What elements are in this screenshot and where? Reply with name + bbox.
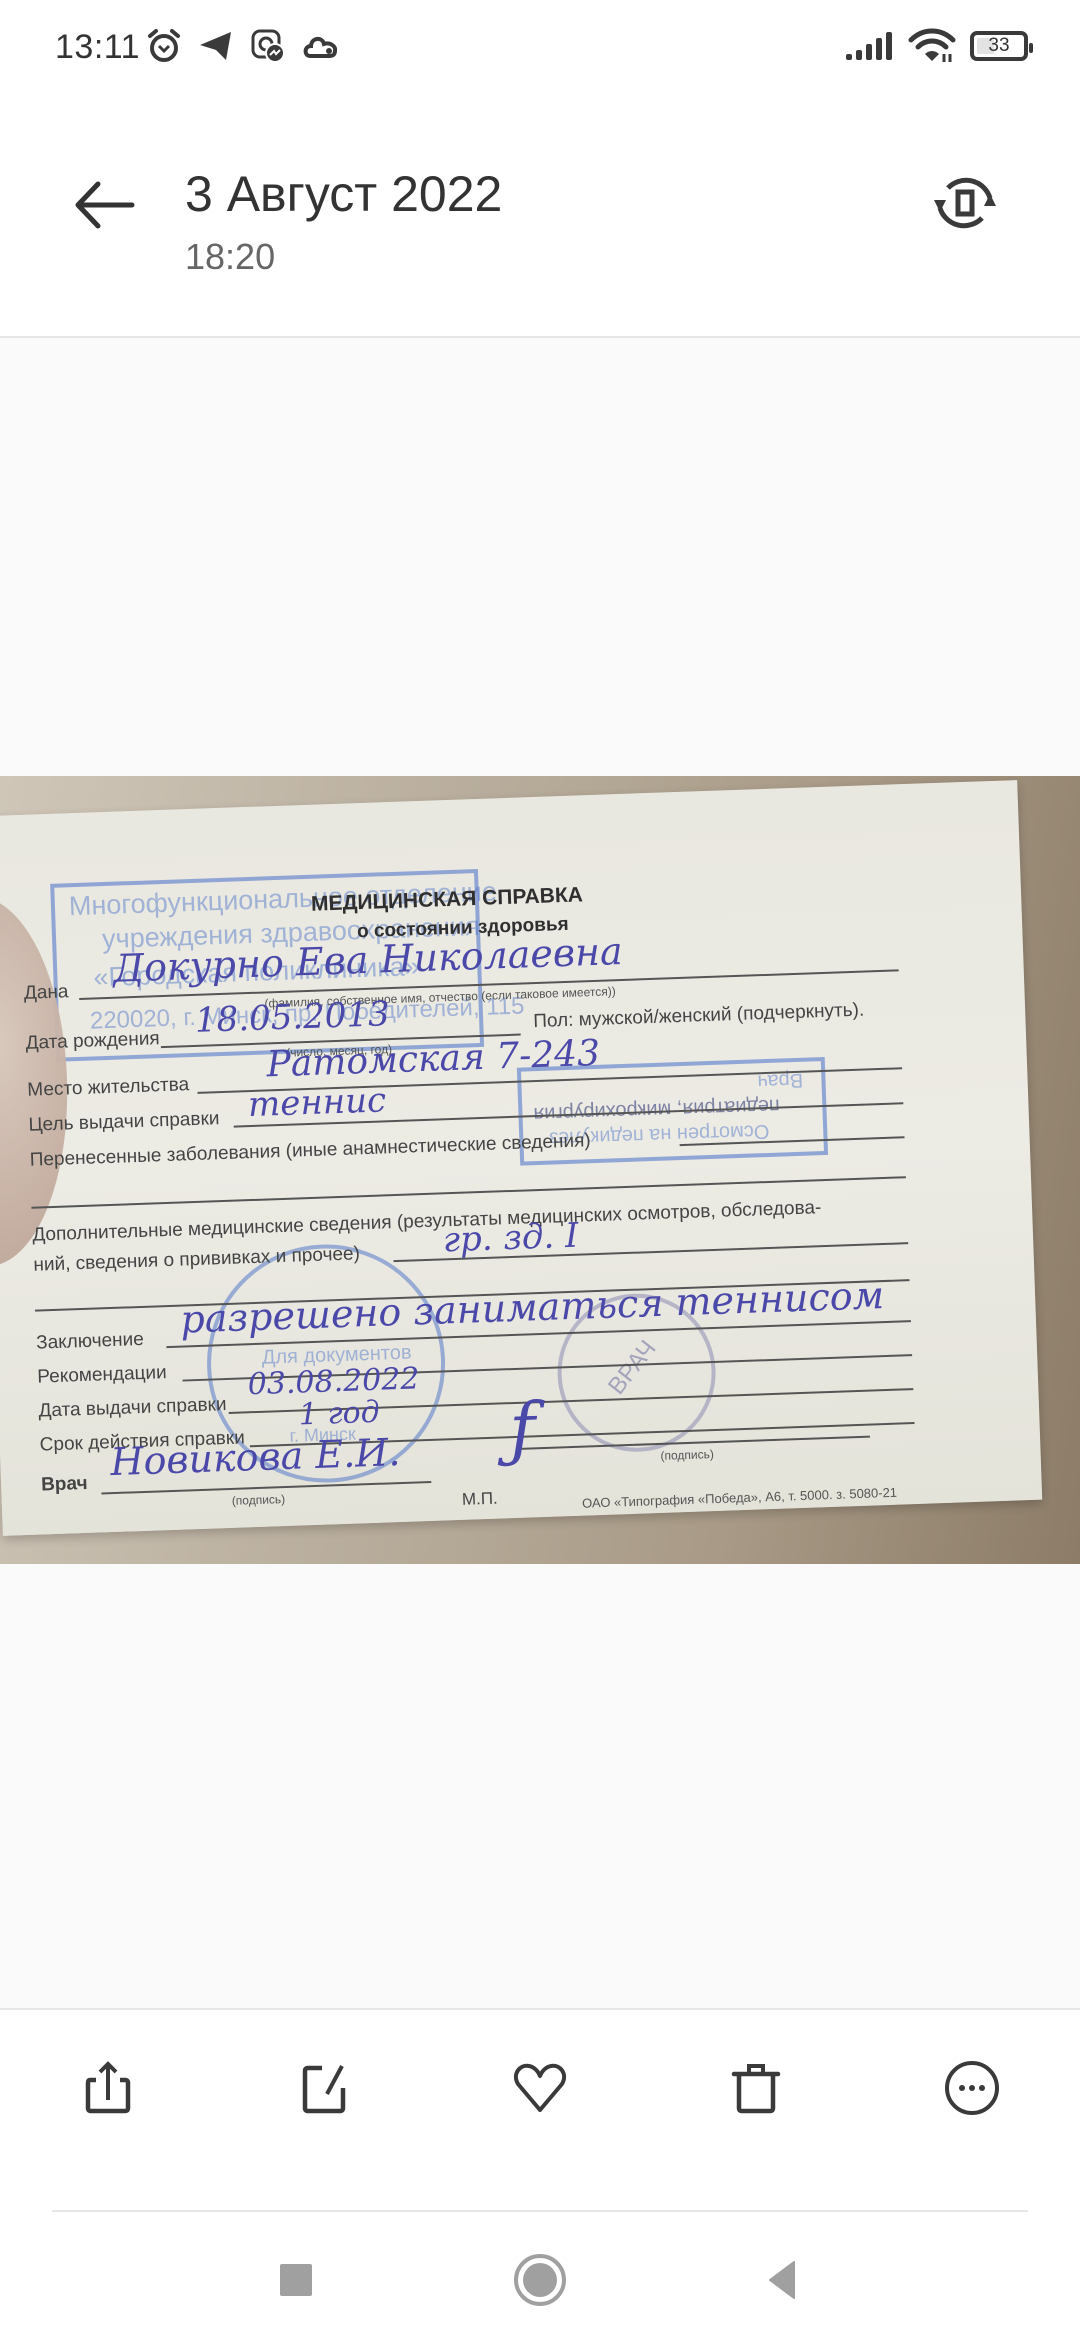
field-label-residence: Место жительства bbox=[27, 1074, 189, 1102]
photo-header bbox=[0, 100, 1080, 338]
photo-time-subtitle: 18:20 bbox=[185, 236, 275, 278]
heart-icon bbox=[510, 2058, 570, 2118]
field-value-birth-date: 18.05.2013 bbox=[194, 994, 390, 1041]
field-value-additional-info: гр. зд. I bbox=[442, 1216, 579, 1261]
signature-scribble: ƒ bbox=[508, 1387, 537, 1470]
rotate-button[interactable] bbox=[930, 168, 1000, 238]
back-icon bbox=[762, 2260, 802, 2300]
auto-rotate-icon bbox=[930, 168, 1000, 238]
recents-icon bbox=[276, 2260, 316, 2300]
notification-icons bbox=[146, 28, 340, 64]
home-icon bbox=[512, 2252, 568, 2308]
field-label-conclusion: Заключение bbox=[36, 1329, 144, 1355]
share-button[interactable] bbox=[68, 2048, 148, 2128]
medical-certificate: Многофункциональное отделение учреждения… bbox=[0, 780, 1042, 1536]
field-value-validity: 1 год bbox=[298, 1395, 380, 1433]
system-icons: 33 bbox=[844, 28, 1028, 64]
back-button[interactable] bbox=[70, 170, 140, 240]
field-label-past-diseases: Перенесенные заболевания (иные анамнести… bbox=[29, 1130, 591, 1172]
photo-image[interactable]: Многофункциональное отделение учреждения… bbox=[0, 776, 1080, 1564]
share-icon bbox=[78, 2058, 138, 2118]
field-label-gender: Пол: мужской/женский (подчеркнуть). bbox=[533, 1000, 865, 1034]
alarm-icon bbox=[146, 28, 182, 64]
field-hint-doctor: (подпись) bbox=[232, 1492, 286, 1508]
favorite-button[interactable] bbox=[500, 2048, 580, 2128]
photo-date-title: 3 Август 2022 bbox=[185, 165, 502, 223]
status-bar: 13:11 33 bbox=[0, 0, 1080, 100]
cloud-icon bbox=[302, 28, 340, 64]
instagram-messenger-icon bbox=[250, 28, 286, 64]
field-label-additional-info: Дополнительные медицинские сведения (рез… bbox=[32, 1197, 822, 1247]
recents-button[interactable] bbox=[266, 2250, 326, 2310]
field-value-purpose: теннис bbox=[247, 1080, 386, 1125]
telegram-icon bbox=[198, 28, 234, 64]
battery-icon: 33 bbox=[970, 31, 1028, 61]
signal-icon bbox=[844, 28, 894, 64]
photo-viewer[interactable]: Многофункциональное отделение учреждения… bbox=[0, 338, 1080, 2008]
field-label-issued-to: Дана bbox=[24, 981, 69, 1005]
nav-divider bbox=[52, 2210, 1028, 2212]
mp-label: М.П. bbox=[462, 1489, 499, 1510]
nav-back-button[interactable] bbox=[752, 2250, 812, 2310]
home-button[interactable] bbox=[510, 2250, 570, 2310]
more-button[interactable] bbox=[932, 2048, 1012, 2128]
signature-hint: (подпись) bbox=[660, 1447, 714, 1463]
field-label-birth-date: Дата рождения bbox=[25, 1028, 160, 1055]
arrow-left-icon bbox=[70, 170, 140, 240]
printer-line: ОАО «Типография «Победа», А6, т. 5000. з… bbox=[582, 1485, 897, 1511]
field-label-doctor: Врач bbox=[41, 1473, 88, 1497]
more-icon bbox=[942, 2058, 1002, 2118]
status-time: 13:11 bbox=[55, 28, 140, 67]
edit-icon bbox=[294, 2058, 354, 2118]
field-label-issue-date: Дата выдачи справки bbox=[38, 1394, 227, 1423]
battery-level: 33 bbox=[988, 35, 1009, 57]
wifi-icon bbox=[908, 28, 956, 64]
delete-button[interactable] bbox=[716, 2048, 796, 2128]
trash-icon bbox=[726, 2058, 786, 2118]
edit-button[interactable] bbox=[284, 2048, 364, 2128]
field-label-recommendations: Рекомендации bbox=[37, 1362, 167, 1389]
